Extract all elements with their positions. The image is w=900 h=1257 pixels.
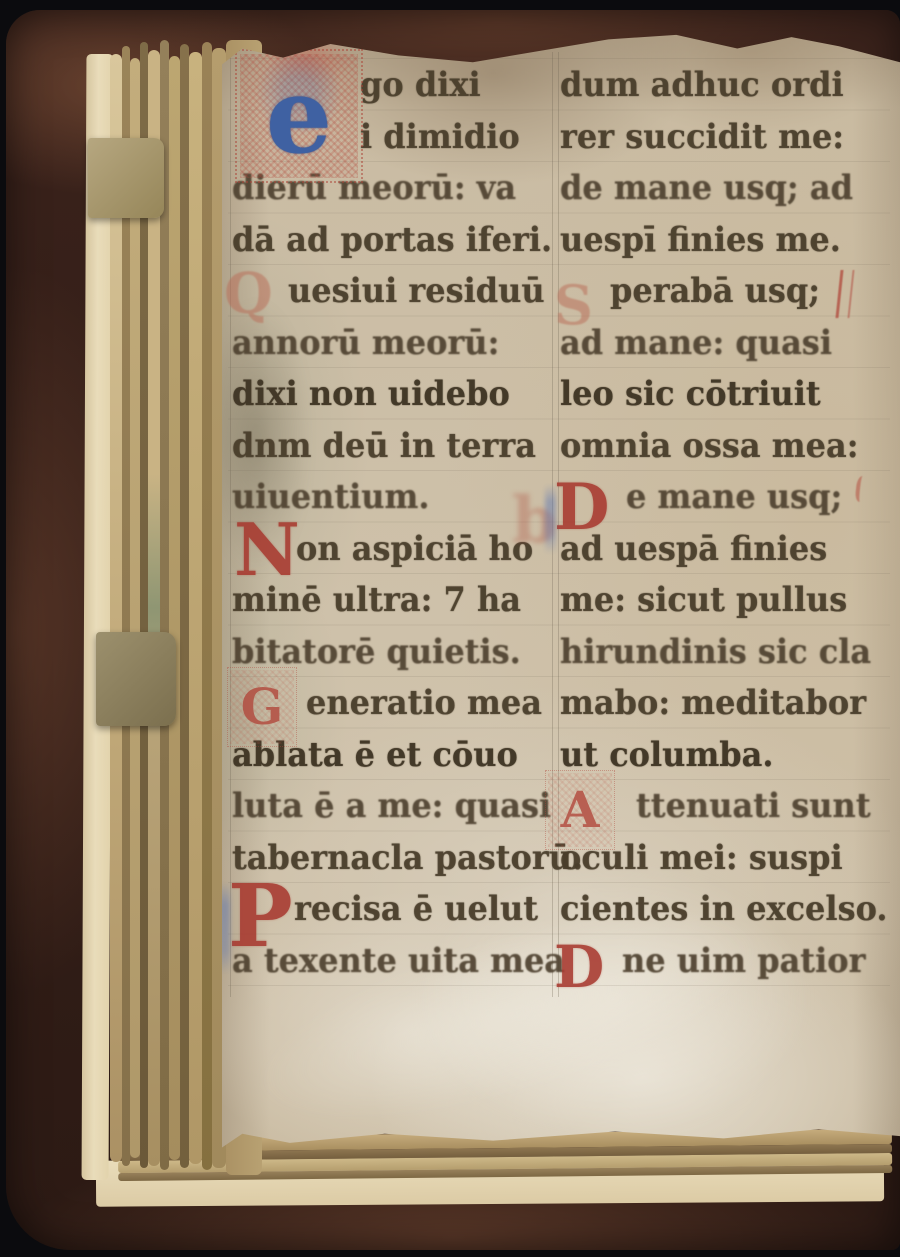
text-line: dā ad portas iferi.: [232, 213, 558, 268]
leaf-edge: [169, 56, 180, 1160]
text-line: omnia ossa mea:: [560, 419, 890, 474]
initial-E: e: [240, 54, 358, 178]
text-line: dum adhuc ordi: [560, 58, 890, 113]
text-line: luta ē a me: quasi: [232, 779, 558, 834]
manuscript-photo: go dixii dimidiodierū meorū: vadā ad por…: [0, 0, 900, 1257]
text-line: de mane usq; ad: [560, 161, 890, 216]
initial-D: D: [554, 938, 604, 996]
text-line: ad mane: quasi: [560, 316, 890, 371]
text-line: rer succidit me:: [560, 110, 890, 165]
initial-P: P: [228, 874, 293, 960]
leaf-edge: [130, 58, 140, 1158]
manuscript-page: go dixii dimidiodierū meorū: vadā ad por…: [222, 28, 900, 1168]
bookmark-tab-lower: [96, 632, 176, 726]
leaf-edge: [189, 52, 202, 1164]
initial-Q: Q: [224, 266, 273, 322]
text-column-right: dum adhuc ordirer succidit me:de mane us…: [560, 58, 890, 998]
initial-A: A: [548, 773, 612, 847]
text-line: ne uim patior: [560, 934, 900, 989]
bookmark-tab-upper: [88, 138, 164, 218]
leaf-edge: [180, 44, 189, 1168]
text-line: cientes in excelso.: [560, 882, 890, 937]
text-line: dnm deū in terra: [232, 419, 558, 474]
text-line: uespī finies me.: [560, 213, 890, 268]
text-line: dixi non uidebo: [232, 367, 558, 422]
text-line: annorū meorū:: [232, 316, 558, 371]
initial-N: N: [234, 514, 300, 586]
text-column-left: go dixii dimidiodierū meorū: vadā ad por…: [232, 58, 558, 998]
text-line: me: sicut pullus: [560, 573, 890, 628]
initial-D: D: [554, 476, 610, 540]
text-line: leo sic cōtriuit: [560, 367, 890, 422]
text-line: mabo: meditabor: [560, 676, 890, 731]
initial-G: G: [230, 670, 294, 744]
initial-S: S: [554, 278, 593, 332]
leaf-edge: [110, 54, 122, 1162]
ruling-line: [230, 52, 231, 997]
text-line: hirundinis sic cla: [560, 625, 890, 680]
text-line: e mane usq;: [560, 470, 900, 525]
leaf-edge: [202, 42, 212, 1170]
